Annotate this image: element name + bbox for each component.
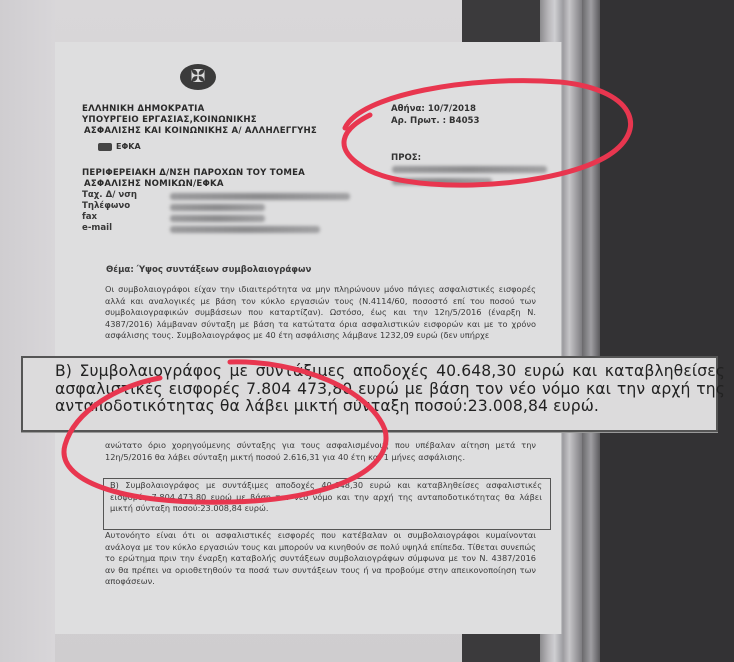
paragraph-intro-text: Οι συμβολαιογράφοι είχαν την ιδιαιτερότη… <box>105 284 536 342</box>
enlarged-callout: Β) Συμβολαιογράφος με συντάξιμες αποδοχέ… <box>21 356 718 432</box>
email-label: e-mail <box>82 223 112 234</box>
boxed-example: Β) Συμβολαιογράφος με συντάξιμες αποδοχέ… <box>103 478 551 530</box>
greek-emblem-icon: ✠ <box>180 64 216 90</box>
redacted-email <box>170 226 320 233</box>
paragraph-conclusion-text: Αυτονόητο είναι ότι οι ασφαλιστικές εισφ… <box>105 530 536 588</box>
paragraph-conclusion: Αυτονόητο είναι ότι οι ασφαλιστικές εισφ… <box>105 530 536 588</box>
efka-logo-text: ΕΦΚΑ <box>116 142 141 151</box>
address-label: Ταχ. Δ/ νση <box>82 190 137 201</box>
redacted-recipient-1 <box>392 166 547 173</box>
paragraph-cap-text: ανώτατο όριο χορηγούμενης σύνταξης για τ… <box>105 440 536 463</box>
date-line: Αθήνα: 10/7/2018 <box>391 104 476 114</box>
binder-spine-edge <box>582 0 600 662</box>
department-line-2: ΑΣΦΑΛΙΣΗΣ ΝΟΜΙΚΩΝ/ΕΦΚΑ <box>84 178 224 190</box>
efka-logo-icon <box>98 143 112 151</box>
phone-label: Τηλέφωνο <box>82 201 130 212</box>
redacted-address <box>170 193 350 200</box>
recipient-label: ΠΡΟΣ: <box>391 153 421 163</box>
redacted-phone <box>170 204 265 211</box>
boxed-example-para: Β) Συμβολαιογράφος με συντάξιμες αποδοχέ… <box>104 479 548 516</box>
header-line-3: ΑΣΦΑΛΙΣΗΣ ΚΑΙ ΚΟΙΝΩΝΙΚΗΣ Α/ ΑΛΛΗΛΕΓΓΥΗΣ <box>84 125 317 137</box>
redacted-recipient-2 <box>392 178 492 185</box>
protocol-number: Αρ. Πρωτ. : Β4053 <box>391 116 480 126</box>
efka-logo: ΕΦΚΑ <box>98 142 141 151</box>
paragraph-cap: ανώτατο όριο χορηγούμενης σύνταξης για τ… <box>105 440 536 463</box>
fax-label: fax <box>82 212 97 223</box>
callout-text: Β) Συμβολαιογράφος με συντάξιμες αποδοχέ… <box>55 363 725 416</box>
subject-line: Θέμα: Ύψος συντάξεων συμβολαιογράφων <box>106 265 311 275</box>
boxed-example-text: Β) Συμβολαιογράφος με συντάξιμες αποδοχέ… <box>110 480 542 515</box>
background-page-edge <box>0 0 55 662</box>
paragraph-intro: Οι συμβολαιογράφοι είχαν την ιδιαιτερότη… <box>105 284 536 342</box>
redacted-fax <box>170 215 265 222</box>
dark-folder-background-far <box>600 0 734 662</box>
